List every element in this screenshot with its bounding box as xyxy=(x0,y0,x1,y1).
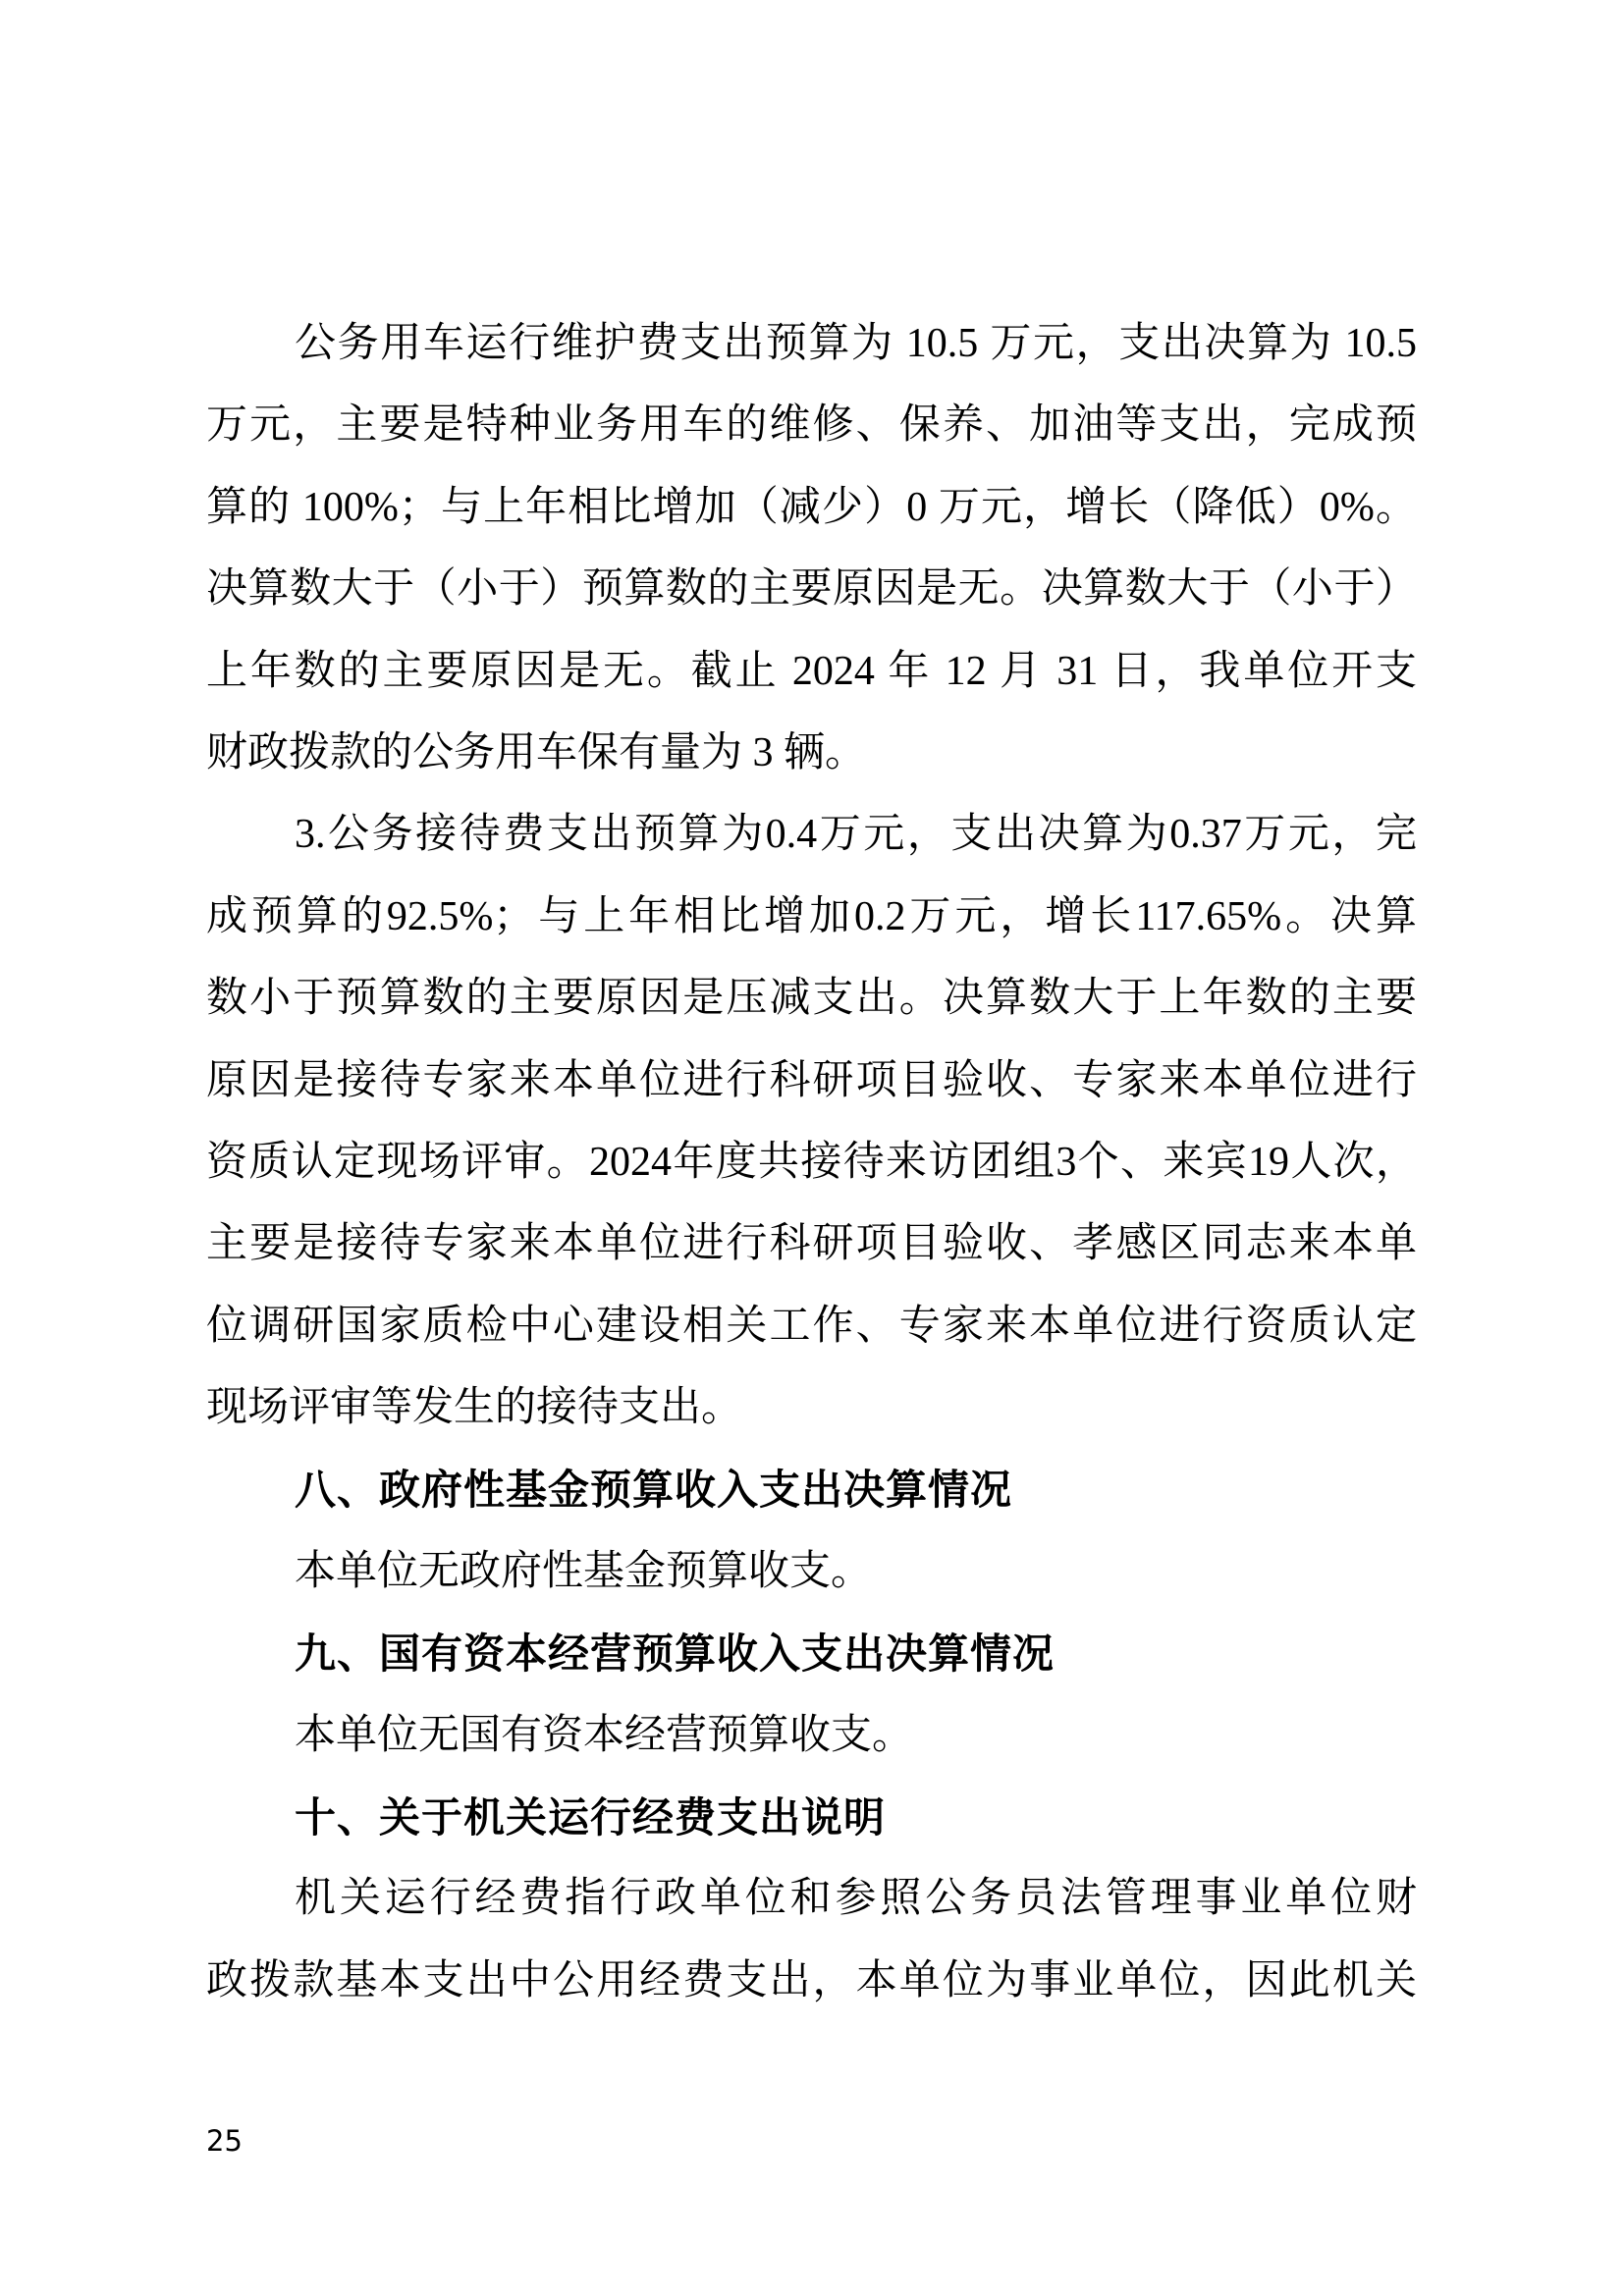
text-line: 决算数大于（小于）预算数的主要原因是无。决算数大于（小于） xyxy=(206,549,1417,630)
document-page: 公务用车运行维护费支出预算为 10.5 万元，支出决算为 10.5 万元，主要是… xyxy=(0,0,1624,2296)
text-line: 资质认定现场评审。2024年度共接待来访团组3个、来宾19人次， xyxy=(206,1122,1417,1203)
text-line: 位调研国家质检中心建设相关工作、专家来本单位进行资质认定 xyxy=(206,1286,1417,1367)
paragraph-no-state-capital: 本单位无国有资本经营预算收支。 xyxy=(206,1695,1417,1777)
text-line: 上年数的主要原因是无。截止 2024 年 12 月 31 日，我单位开支 xyxy=(206,631,1417,713)
paragraph-no-gov-fund: 本单位无政府性基金预算收支。 xyxy=(206,1531,1417,1613)
page-number: 25 xyxy=(206,2123,243,2159)
text-line: 原因是接待专家来本单位进行科研项目验收、专家来本单位进行 xyxy=(206,1041,1417,1122)
section-heading-8: 八、政府性基金预算收入支出决算情况 xyxy=(206,1449,1417,1530)
paragraph-operating-funds: 机关运行经费指行政单位和参照公务员法管理事业单位财 政拨款基本支出中公用经费支出… xyxy=(206,1858,1417,2022)
text-line: 主要是接待专家来本单位进行科研项目验收、孝感区同志来本单 xyxy=(206,1203,1417,1285)
paragraph-reception-expense: 3.公务接待费支出预算为0.4万元，支出决算为0.37万元，完 成预算的92.5… xyxy=(206,794,1417,1449)
text-line: 现场评审等发生的接待支出。 xyxy=(206,1367,1417,1449)
section-heading-10: 十、关于机关运行经费支出说明 xyxy=(206,1777,1417,1858)
text-line: 政拨款基本支出中公用经费支出，本单位为事业单位，因此机关 xyxy=(206,1941,1417,2022)
text-line: 万元，主要是特种业务用车的维修、保养、加油等支出，完成预 xyxy=(206,385,1417,466)
section-heading-9: 九、国有资本经营预算收入支出决算情况 xyxy=(206,1613,1417,1694)
text-line: 成预算的92.5%；与上年相比增加0.2万元，增长117.65%。决算 xyxy=(206,877,1417,958)
text-line: 公务用车运行维护费支出预算为 10.5 万元，支出决算为 10.5 xyxy=(206,303,1417,385)
text-line: 机关运行经费指行政单位和参照公务员法管理事业单位财 xyxy=(206,1858,1417,1940)
text-line: 3.公务接待费支出预算为0.4万元，支出决算为0.37万元，完 xyxy=(206,794,1417,876)
text-block: 公务用车运行维护费支出预算为 10.5 万元，支出决算为 10.5 万元，主要是… xyxy=(206,303,1417,2022)
text-line: 数小于预算数的主要原因是压减支出。决算数大于上年数的主要 xyxy=(206,958,1417,1040)
paragraph-vehicle-expense: 公务用车运行维护费支出预算为 10.5 万元，支出决算为 10.5 万元，主要是… xyxy=(206,303,1417,794)
text-line: 财政拨款的公务用车保有量为 3 辆。 xyxy=(206,713,1417,794)
text-line: 算的 100%；与上年相比增加（减少）0 万元，增长（降低）0%。 xyxy=(206,467,1417,549)
